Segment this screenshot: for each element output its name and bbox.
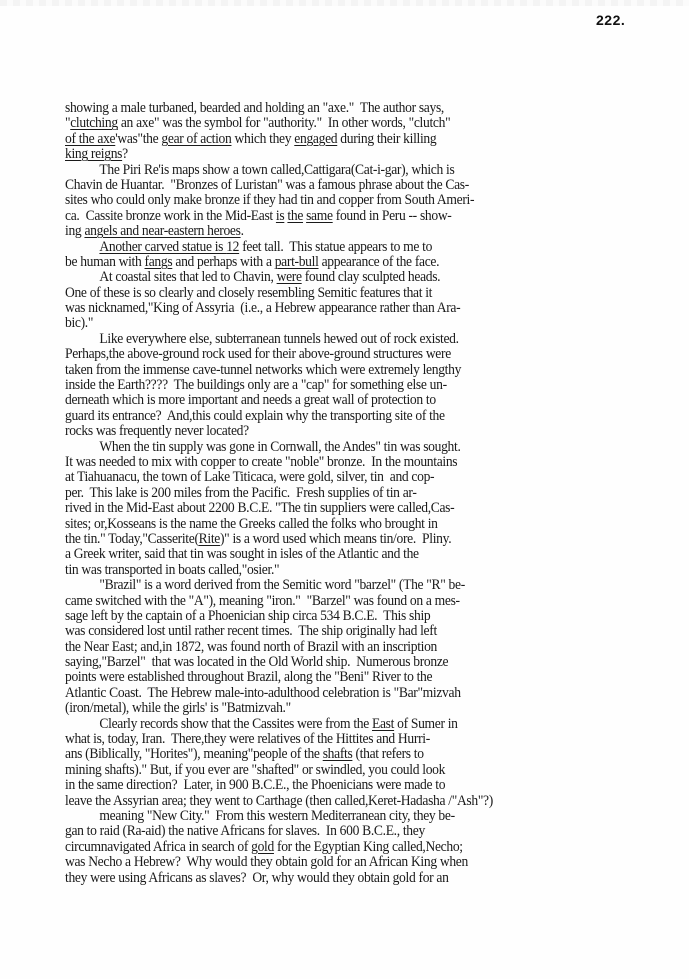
text-line: was Necho a Hebrew? Why would they obtai… — [65, 855, 651, 870]
text-segment: leave the Assyrian area; they went to Ca… — [65, 793, 493, 809]
text-segment: One of these is so clearly and closely r… — [65, 285, 432, 301]
underlined-text: same — [306, 208, 333, 224]
text-segment: derneath which is more important and nee… — [65, 392, 436, 408]
text-line: gan to raid (Ra-aid) the native Africans… — [65, 824, 651, 839]
underlined-text: king reigns — [65, 146, 122, 162]
text-segment: )" is a word used which means tin/ore. P… — [220, 531, 451, 547]
text-line: sites who could only make bronze if they… — [65, 193, 651, 208]
text-line: The Piri Re'is maps show a town called,C… — [65, 163, 651, 178]
text-segment: of Sumer in — [394, 716, 458, 732]
text-line: inside the Earth???? The buildings only … — [65, 378, 651, 393]
text-segment: At coastal sites that led to Chavin, — [99, 269, 276, 285]
text-line: derneath which is more important and nee… — [65, 393, 651, 408]
text-segment: during their killing — [337, 131, 436, 147]
text-segment: in the same direction? Later, in 900 B.C… — [65, 777, 445, 793]
text-segment: a Greek writer, said that tin was sought… — [65, 546, 419, 562]
text-segment: sites who could only make bronze if they… — [65, 192, 474, 208]
text-segment: saying,"Barzel" that was located in the … — [65, 654, 448, 670]
text-line: per. This lake is 200 miles from the Pac… — [65, 486, 651, 501]
underlined-text: gold — [251, 839, 274, 855]
text-line: leave the Assyrian area; they went to Ca… — [65, 794, 651, 809]
text-segment: When the tin supply was gone in Cornwall… — [99, 439, 460, 455]
text-line: ans (Biblically, "Horites"), meaning"peo… — [65, 747, 651, 762]
text-line: (iron/metal), while the girls' is "Batmi… — [65, 701, 651, 716]
text-line: It was needed to mix with copper to crea… — [65, 455, 651, 470]
text-segment: sage left by the captain of a Phoenician… — [65, 608, 430, 624]
text-line: a Greek writer, said that tin was sought… — [65, 547, 651, 562]
text-segment: found clay sculpted heads. — [302, 269, 441, 285]
text-segment: the tin." Today,"Casserite( — [65, 531, 199, 547]
document-page: 222. showing a male turbaned, bearded an… — [0, 0, 689, 979]
text-line: they were using Africans as slaves? Or, … — [65, 871, 651, 886]
text-line: came switched with the "A"), meaning "ir… — [65, 594, 651, 609]
text-line: meaning "New City." From this western Me… — [65, 809, 651, 824]
text-segment: at Tiahuanacu, the town of Lake Titicaca… — [65, 469, 434, 485]
text-line: the Near East; and,in 1872, was found no… — [65, 640, 651, 655]
text-line: what is, today, Iran. There,they were re… — [65, 732, 651, 747]
text-line: Another carved statue is 12 feet tall. T… — [65, 240, 651, 255]
text-line: Clearly records show that the Cassites w… — [65, 717, 651, 732]
text-segment: The Piri Re'is maps show a town called,C… — [99, 162, 454, 178]
text-segment: ca. Cassite bronze work in the Mid-East — [65, 208, 276, 224]
text-segment: found in Peru -- show- — [333, 208, 452, 224]
text-line: king reigns? — [65, 147, 651, 162]
text-line: showing a male turbaned, bearded and hol… — [65, 101, 651, 116]
text-segment: taken from the immense cave-tunnel netwo… — [65, 362, 461, 378]
underlined-text: part-bull — [275, 254, 319, 270]
text-segment: be human with — [65, 254, 145, 270]
text-line: saying,"Barzel" that was located in the … — [65, 655, 651, 670]
text-line: of the axe'was"the gear of action which … — [65, 132, 651, 147]
text-segment: gan to raid (Ra-aid) the native Africans… — [65, 823, 425, 839]
text-line: taken from the immense cave-tunnel netwo… — [65, 363, 651, 378]
underlined-text: 12 — [226, 239, 239, 255]
underlined-text: the — [287, 208, 303, 224]
text-segment: and perhaps with a — [172, 254, 274, 270]
text-line: Perhaps,the above-ground rock used for t… — [65, 347, 651, 362]
text-segment: for the Egyptian King called,Necho; — [274, 839, 463, 855]
text-line: "Brazil" is a word derived from the Semi… — [65, 578, 651, 593]
underlined-text: East — [372, 716, 394, 732]
text-segment: Clearly records show that the Cassites w… — [99, 716, 372, 732]
scan-artifact — [0, 0, 689, 6]
text-line: rived in the Mid-East about 2200 B.C.E. … — [65, 501, 651, 516]
text-line: rocks was frequently never located? — [65, 424, 651, 439]
underlined-text: engaged — [294, 131, 337, 147]
text-segment: what is, today, Iran. There,they were re… — [65, 731, 430, 747]
text-segment: sites; or,Kosseans is the name the Greek… — [65, 516, 438, 532]
underlined-text: Rite — [199, 531, 220, 547]
text-line: points were established throughout Brazi… — [65, 670, 651, 685]
text-line: One of these is so clearly and closely r… — [65, 286, 651, 301]
page-number: 222. — [596, 12, 625, 28]
text-line: was nicknamed,"King of Assyria (i.e., a … — [65, 301, 651, 316]
text-segment: It was needed to mix with copper to crea… — [65, 454, 457, 470]
underlined-text: clutching — [70, 115, 118, 131]
text-segment: "Brazil" is a word derived from the Semi… — [99, 577, 464, 593]
text-segment: ans (Biblically, "Horites"), meaning"peo… — [65, 746, 323, 762]
text-segment: was Necho a Hebrew? Why would they obtai… — [65, 854, 468, 870]
underlined-text: fangs — [145, 254, 173, 270]
text-line: When the tin supply was gone in Cornwall… — [65, 440, 651, 455]
text-line: be human with fangs and perhaps with a p… — [65, 255, 651, 270]
text-segment: came switched with the "A"), meaning "ir… — [65, 593, 460, 609]
underlined-text: of the axe — [65, 131, 115, 147]
text-line: circumnavigated Africa in search of gold… — [65, 840, 651, 855]
text-line: Chavin de Huantar. "Bronzes of Luristan"… — [65, 178, 651, 193]
text-segment: Like everywhere else, subterranean tunne… — [99, 331, 458, 347]
text-segment: (iron/metal), while the girls' is "Batmi… — [65, 700, 291, 716]
text-line: guard its entrance? And,this could expla… — [65, 409, 651, 424]
text-line: mining shafts)." But, if you ever are "s… — [65, 763, 651, 778]
underlined-text: is — [276, 208, 284, 224]
text-segment: ? — [122, 146, 128, 162]
text-segment: points were established throughout Brazi… — [65, 669, 432, 685]
text-segment: feet tall. This statue appears to me to — [239, 239, 432, 255]
text-line: sage left by the captain of a Phoenician… — [65, 609, 651, 624]
text-segment: . — [241, 223, 244, 239]
text-segment: which they — [231, 131, 294, 147]
text-line: ing angels and near-eastern heroes. — [65, 224, 651, 239]
text-segment: was nicknamed,"King of Assyria (i.e., a … — [65, 300, 460, 316]
text-segment: guard its entrance? And,this could expla… — [65, 408, 445, 424]
text-line: at Tiahuanacu, the town of Lake Titicaca… — [65, 470, 651, 485]
underlined-text: shafts — [323, 746, 353, 762]
underlined-text: were — [277, 269, 302, 285]
text-segment: 'was"the — [115, 131, 161, 147]
text-segment: was considered lost until rather recent … — [65, 623, 437, 639]
text-segment: the Near East; and,in 1872, was found no… — [65, 639, 437, 655]
text-line: bic)." — [65, 316, 651, 331]
text-segment: mining shafts)." But, if you ever are "s… — [65, 762, 445, 778]
text-segment: Atlantic Coast. The Hebrew male-into-adu… — [65, 685, 461, 701]
text-line: the tin." Today,"Casserite(Rite)" is a w… — [65, 532, 651, 547]
text-segment: bic)." — [65, 315, 93, 331]
text-segment: rived in the Mid-East about 2200 B.C.E. … — [65, 500, 454, 516]
text-line: sites; or,Kosseans is the name the Greek… — [65, 517, 651, 532]
text-line: At coastal sites that led to Chavin, wer… — [65, 270, 651, 285]
body-text: showing a male turbaned, bearded and hol… — [65, 101, 689, 886]
text-line: Atlantic Coast. The Hebrew male-into-adu… — [65, 686, 651, 701]
text-segment: meaning "New City." From this western Me… — [99, 808, 454, 824]
text-segment: an axe" was the symbol for "authority." … — [118, 115, 451, 131]
text-line: "clutching an axe" was the symbol for "a… — [65, 116, 651, 131]
text-segment: rocks was frequently never located? — [65, 423, 249, 439]
underlined-text: Another carved statue is — [99, 239, 226, 255]
text-segment: showing a male turbaned, bearded and hol… — [65, 100, 444, 116]
text-segment: appearance of the face. — [319, 254, 440, 270]
text-line: was considered lost until rather recent … — [65, 624, 651, 639]
text-segment: Chavin de Huantar. "Bronzes of Luristan"… — [65, 177, 469, 193]
underlined-text: gear of action — [161, 131, 231, 147]
text-line: ca. Cassite bronze work in the Mid-East … — [65, 209, 651, 224]
text-segment: (that refers to — [352, 746, 423, 762]
text-segment: they were using Africans as slaves? Or, … — [65, 870, 449, 886]
text-segment: circumnavigated Africa in search of — [65, 839, 251, 855]
text-segment: ing — [65, 223, 84, 239]
text-line: Like everywhere else, subterranean tunne… — [65, 332, 651, 347]
text-segment: Perhaps,the above-ground rock used for t… — [65, 346, 451, 362]
underlined-text: angels and near-eastern heroes — [84, 223, 240, 239]
text-segment: per. This lake is 200 miles from the Pac… — [65, 485, 417, 501]
text-segment: inside the Earth???? The buildings only … — [65, 377, 447, 393]
text-segment: tin was transported in boats called,"osi… — [65, 562, 279, 578]
text-line: tin was transported in boats called,"osi… — [65, 563, 651, 578]
text-line: in the same direction? Later, in 900 B.C… — [65, 778, 651, 793]
